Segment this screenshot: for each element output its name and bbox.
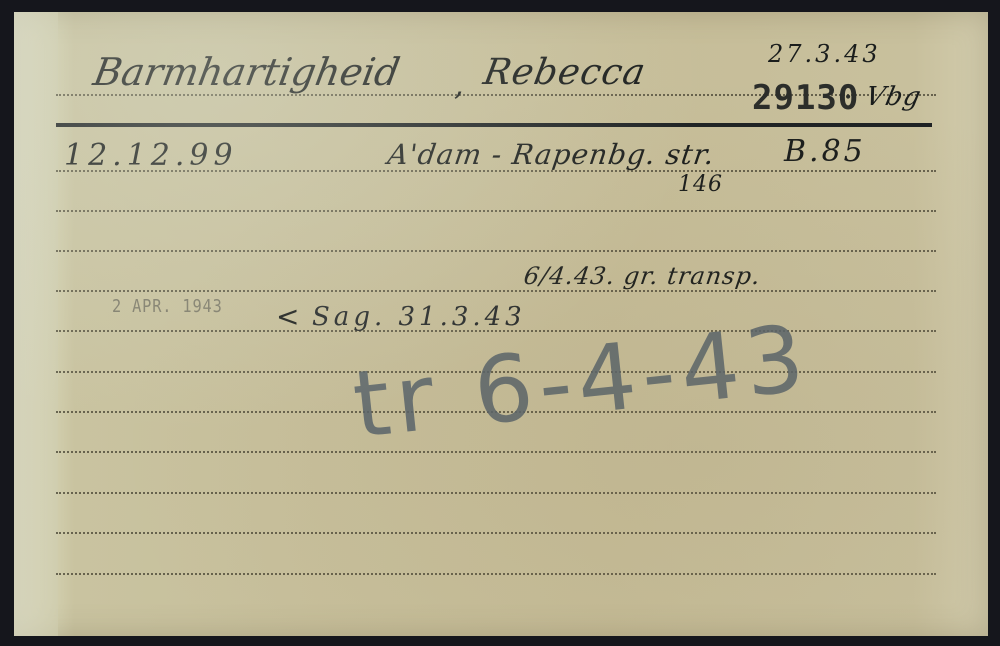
address: A'dam - Rapenbg. str. [386, 138, 717, 171]
arrow-mark: < [276, 300, 300, 333]
date-stamp: 2 APR. 1943 [112, 296, 223, 317]
cancel-note: Sag. 31.3.43 [312, 302, 526, 332]
number-suffix: Vbg [863, 82, 924, 112]
first-name: Rebecca [480, 52, 649, 93]
scanned-document: Barmhartigheid , Rebecca 27.3.43 29130 V… [0, 0, 1000, 646]
ruled-line [56, 492, 936, 494]
card-margin-strip [14, 12, 58, 636]
ruled-line [56, 573, 936, 575]
code: B.85 [784, 134, 866, 169]
index-card: Barmhartigheid , Rebecca 27.3.43 29130 V… [14, 12, 988, 636]
ruled-line [56, 290, 936, 292]
ruled-line [56, 210, 936, 212]
ruled-line [56, 451, 936, 453]
ruled-line [56, 532, 936, 534]
surname: Barmhartigheid [90, 50, 403, 94]
transport-note: 6/4.43. gr. transp. [522, 262, 763, 290]
header-divider [56, 123, 932, 127]
name-separator: , [454, 68, 465, 103]
stamped-number: 29130 [752, 78, 859, 118]
house-number: 146 [678, 172, 723, 197]
ruled-line [56, 250, 936, 252]
registration-date: 27.3.43 [768, 40, 881, 68]
birth-date: 12.12.99 [64, 138, 238, 173]
